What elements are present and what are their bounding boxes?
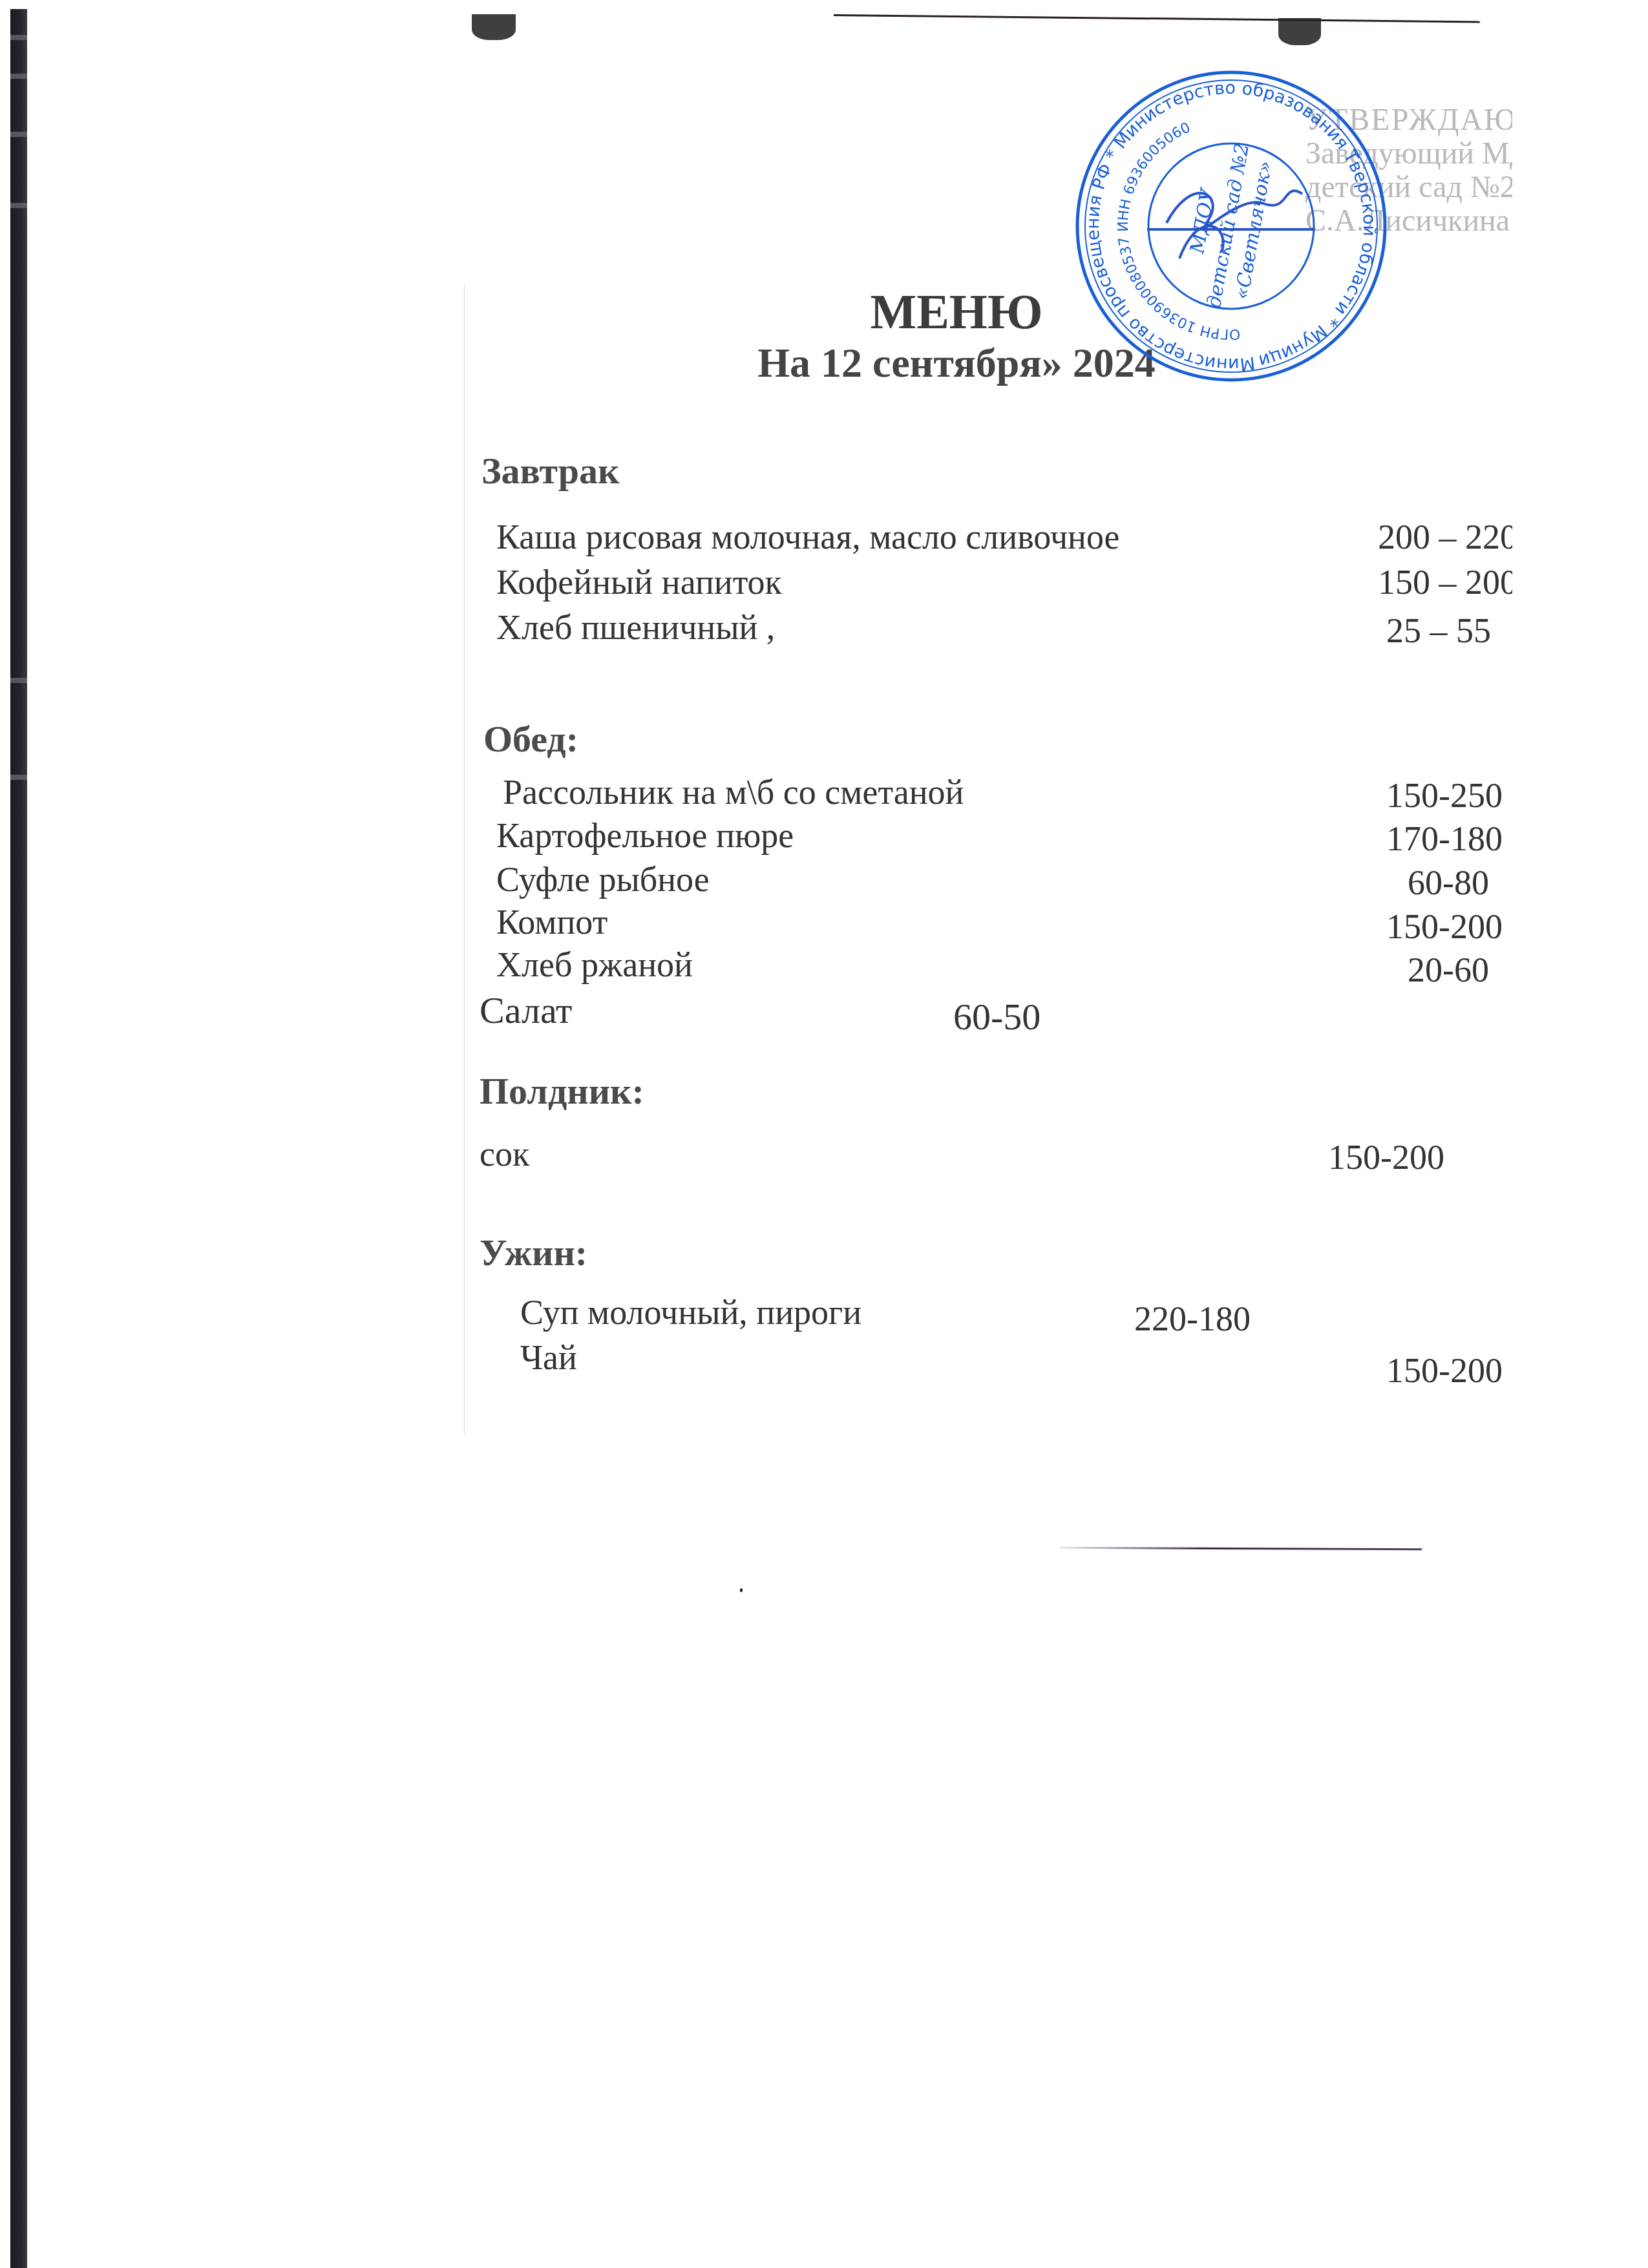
menu-item-qty: 150 – 200: [1378, 562, 1512, 602]
section-heading-dinner: Ужин:: [480, 1231, 587, 1274]
menu-item-qty: 170-180: [1386, 819, 1503, 859]
menu-item-qty: 60-80: [1408, 863, 1489, 903]
menu-item-qty: 150-200: [1328, 1137, 1444, 1177]
menu-item-qty: 200 – 220: [1378, 517, 1512, 557]
official-stamp-icon: Министерство просвещения РФ * Министерст…: [1070, 65, 1393, 388]
section-heading-lunch: Обед:: [483, 717, 578, 761]
scanner-edge: [10, 9, 27, 2268]
menu-item: Салат: [480, 989, 572, 1032]
section-heading-breakfast: Завтрак: [481, 449, 619, 492]
menu-item: Картофельное пюре: [496, 815, 794, 856]
menu-item-qty: 20-60: [1408, 950, 1489, 990]
menu-item: Чай: [520, 1338, 577, 1378]
menu-item: сок: [480, 1134, 529, 1174]
menu-item: Каша рисовая молочная, масло сливочное: [496, 517, 1120, 557]
menu-item: Рассольник на м\б со сметаной: [503, 772, 964, 812]
menu-item-qty: 150-250: [1386, 775, 1503, 815]
menu-item: Суфле рыбное: [496, 859, 710, 899]
menu-item-qty: 25 – 55: [1386, 611, 1491, 651]
menu-item-qty: 150-200: [1386, 1350, 1503, 1391]
menu-item-qty: 220-180: [1134, 1299, 1251, 1339]
menu-item: Хлеб ржаной: [496, 945, 693, 985]
menu-item-qty: 60-50: [953, 995, 1041, 1038]
section-heading-snack: Полдник:: [480, 1069, 644, 1113]
menu-item-qty: 150-200: [1386, 907, 1503, 947]
menu-item: Хлеб пшеничный ,: [496, 607, 775, 647]
scan-dot: [740, 1588, 743, 1592]
menu-item: Компот: [496, 902, 607, 942]
menu-item: Кофейный напиток: [496, 562, 782, 602]
menu-item: Суп молочный, пироги: [520, 1292, 861, 1332]
